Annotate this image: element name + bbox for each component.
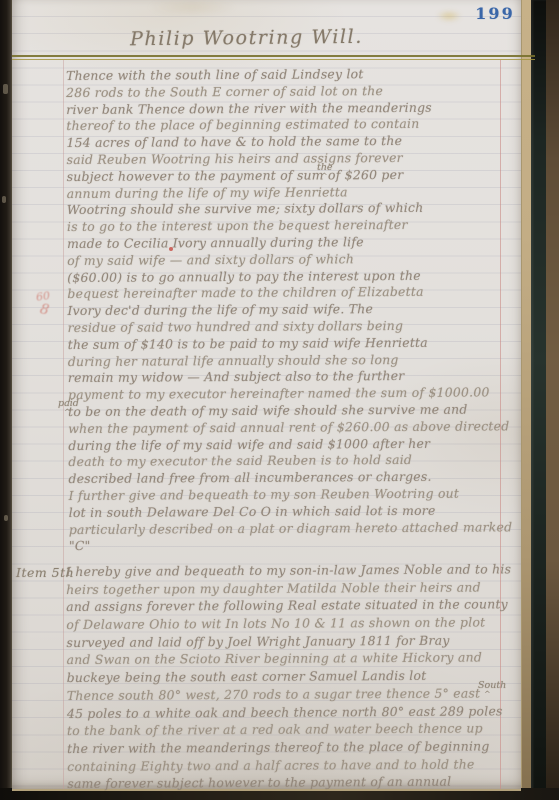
insertion-caret: ^ bbox=[64, 408, 71, 417]
handwritten-line: and Swan on the Scioto River beginning a… bbox=[67, 649, 512, 669]
yellow-smudge bbox=[432, 8, 466, 24]
handwritten-line: I hereby give and bequeath to my son-in-… bbox=[66, 560, 511, 580]
handwritten-line: "C" bbox=[69, 536, 513, 556]
handwritten-line: particularly described on a plat or diag… bbox=[69, 519, 513, 539]
book-cover-edge bbox=[531, 0, 546, 800]
handwritten-line: when the payment of said annual rent of … bbox=[68, 418, 512, 438]
insertion-caret: ^ bbox=[321, 172, 328, 181]
insertion-caret: ^ bbox=[484, 690, 491, 699]
handwritten-line: I further give and bequeath to my son Re… bbox=[69, 485, 513, 505]
record-book-page: 199 Philip Wootring Will. Thence with th… bbox=[12, 0, 521, 791]
handwritten-line: same forever subject however to the paym… bbox=[67, 773, 512, 793]
left-binding-gutter bbox=[0, 0, 12, 800]
handwritten-line: the river with the meanderings thereof t… bbox=[67, 737, 512, 757]
scanned-will-page-photo: 199 Philip Wootring Will. Thence with th… bbox=[0, 0, 559, 800]
left-margin-rule bbox=[63, 60, 64, 789]
will-title: Philip Wootring Will. bbox=[12, 25, 481, 52]
red-margin-scribble: 8 bbox=[38, 301, 50, 319]
header-rule-bottom bbox=[12, 59, 535, 60]
handwritten-line: Thence south 80° west, 270 rods to a sug… bbox=[67, 684, 512, 704]
binding-speck bbox=[4, 515, 8, 521]
header-rule-top bbox=[12, 55, 535, 57]
red-dot-mark bbox=[169, 247, 173, 251]
will-body-section-2: I hereby give and bequeath to my son-in-… bbox=[66, 560, 513, 793]
will-body-section-1: Thence with the south line of said Linds… bbox=[66, 65, 512, 555]
binding-speck bbox=[2, 196, 6, 203]
page-number: 199 bbox=[472, 4, 518, 23]
book-edge-background bbox=[546, 0, 559, 800]
paper-stain bbox=[132, 0, 252, 20]
insertion-south: South bbox=[478, 680, 506, 691]
binding-speck bbox=[3, 84, 8, 94]
